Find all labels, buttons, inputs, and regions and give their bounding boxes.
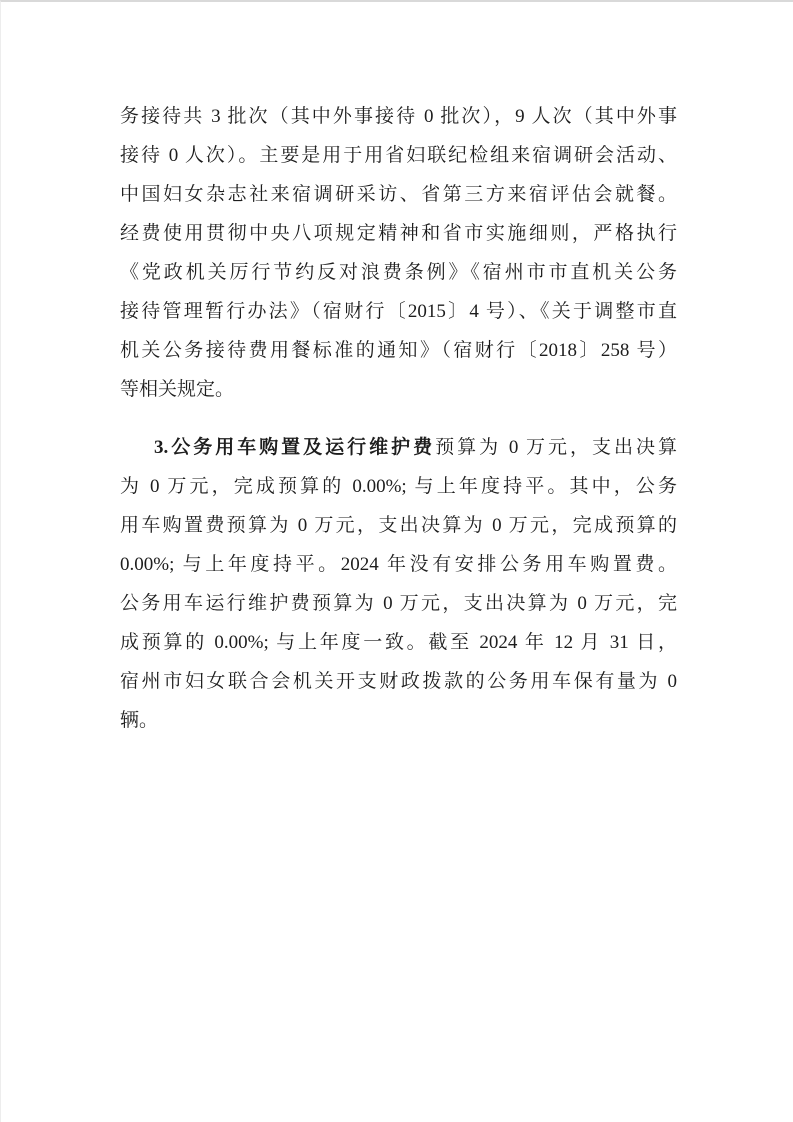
text-run: 接待 0 人次）。主要是用于用省妇联纪检组来宿调研会活动、 xyxy=(120,145,677,166)
text-run: 预算为 0 万元，支出决算 xyxy=(435,437,677,458)
text-line: 经费使用贯彻中央八项规定精神和省市实施细则，严格执行 xyxy=(120,214,677,253)
text-run: 公务用车运行维护费预算为 0 万元，支出决算为 0 万元，完 xyxy=(120,593,677,614)
text-line: 接待 0 人次）。主要是用于用省妇联纪检组来宿调研会活动、 xyxy=(120,136,677,175)
text-line: 等相关规定。 xyxy=(120,370,677,409)
text-line: 中国妇女杂志社来宿调研采访、省第三方来宿评估会就餐。 xyxy=(120,175,677,214)
document-page: 务接待共 3 批次（其中外事接待 0 批次），9 人次（其中外事接待 0 人次）… xyxy=(0,0,793,1122)
text-line: 宿州市妇女联合会机关开支财政拨款的公务用车保有量为 0 xyxy=(120,662,677,701)
text-run: 接待管理暂行办法》（宿财行〔2015〕4 号）、《关于调整市直 xyxy=(120,301,677,322)
bold-text-run: 3.公务用车购置及运行维护费 xyxy=(154,437,435,458)
text-line: 《党政机关厉行节约反对浪费条例》《宿州市市直机关公务 xyxy=(120,253,677,292)
text-run: 务接待共 3 批次（其中外事接待 0 批次），9 人次（其中外事 xyxy=(120,106,677,127)
text-run: 用车购置费预算为 0 万元，支出决算为 0 万元，完成预算的 xyxy=(120,515,677,536)
text-run: 0.00%; 与上年度持平。2024 年没有安排公务用车购置费。 xyxy=(120,554,677,575)
text-run: 机关公务接待费用餐标准的通知》（宿财行〔2018〕258 号） xyxy=(120,340,677,361)
text-run: 中国妇女杂志社来宿调研采访、省第三方来宿评估会就餐。 xyxy=(120,184,677,205)
text-line: 机关公务接待费用餐标准的通知》（宿财行〔2018〕258 号） xyxy=(120,331,677,370)
text-line: 用车购置费预算为 0 万元，支出决算为 0 万元，完成预算的 xyxy=(120,506,677,545)
text-line: 3.公务用车购置及运行维护费预算为 0 万元，支出决算 xyxy=(120,428,677,467)
text-line: 0.00%; 与上年度持平。2024 年没有安排公务用车购置费。 xyxy=(120,545,677,584)
text-line: 接待管理暂行办法》（宿财行〔2015〕4 号）、《关于调整市直 xyxy=(120,292,677,331)
paragraph-vehicle-purchase-and-maintenance: 3.公务用车购置及运行维护费预算为 0 万元，支出决算为 0 万元，完成预算的 … xyxy=(120,428,677,740)
text-run: 成预算的 0.00%; 与上年度一致。截至 2024 年 12 月 31 日， xyxy=(120,632,677,653)
text-run: 辆。 xyxy=(120,710,158,731)
text-run: 《党政机关厉行节约反对浪费条例》《宿州市市直机关公务 xyxy=(120,262,677,283)
text-line: 辆。 xyxy=(120,701,677,740)
text-run: 宿州市妇女联合会机关开支财政拨款的公务用车保有量为 0 xyxy=(120,671,677,692)
text-line: 公务用车运行维护费预算为 0 万元，支出决算为 0 万元，完 xyxy=(120,584,677,623)
text-line: 为 0 万元，完成预算的 0.00%; 与上年度持平。其中，公务 xyxy=(120,467,677,506)
paragraph-official-reception: 务接待共 3 批次（其中外事接待 0 批次），9 人次（其中外事接待 0 人次）… xyxy=(120,97,677,409)
text-run: 经费使用贯彻中央八项规定精神和省市实施细则，严格执行 xyxy=(120,223,677,244)
text-line: 成预算的 0.00%; 与上年度一致。截至 2024 年 12 月 31 日， xyxy=(120,623,677,662)
text-run: 等相关规定。 xyxy=(120,379,234,400)
text-body: 务接待共 3 批次（其中外事接待 0 批次），9 人次（其中外事接待 0 人次）… xyxy=(120,97,677,740)
text-run: 为 0 万元，完成预算的 0.00%; 与上年度持平。其中，公务 xyxy=(120,476,677,497)
text-line: 务接待共 3 批次（其中外事接待 0 批次），9 人次（其中外事 xyxy=(120,97,677,136)
